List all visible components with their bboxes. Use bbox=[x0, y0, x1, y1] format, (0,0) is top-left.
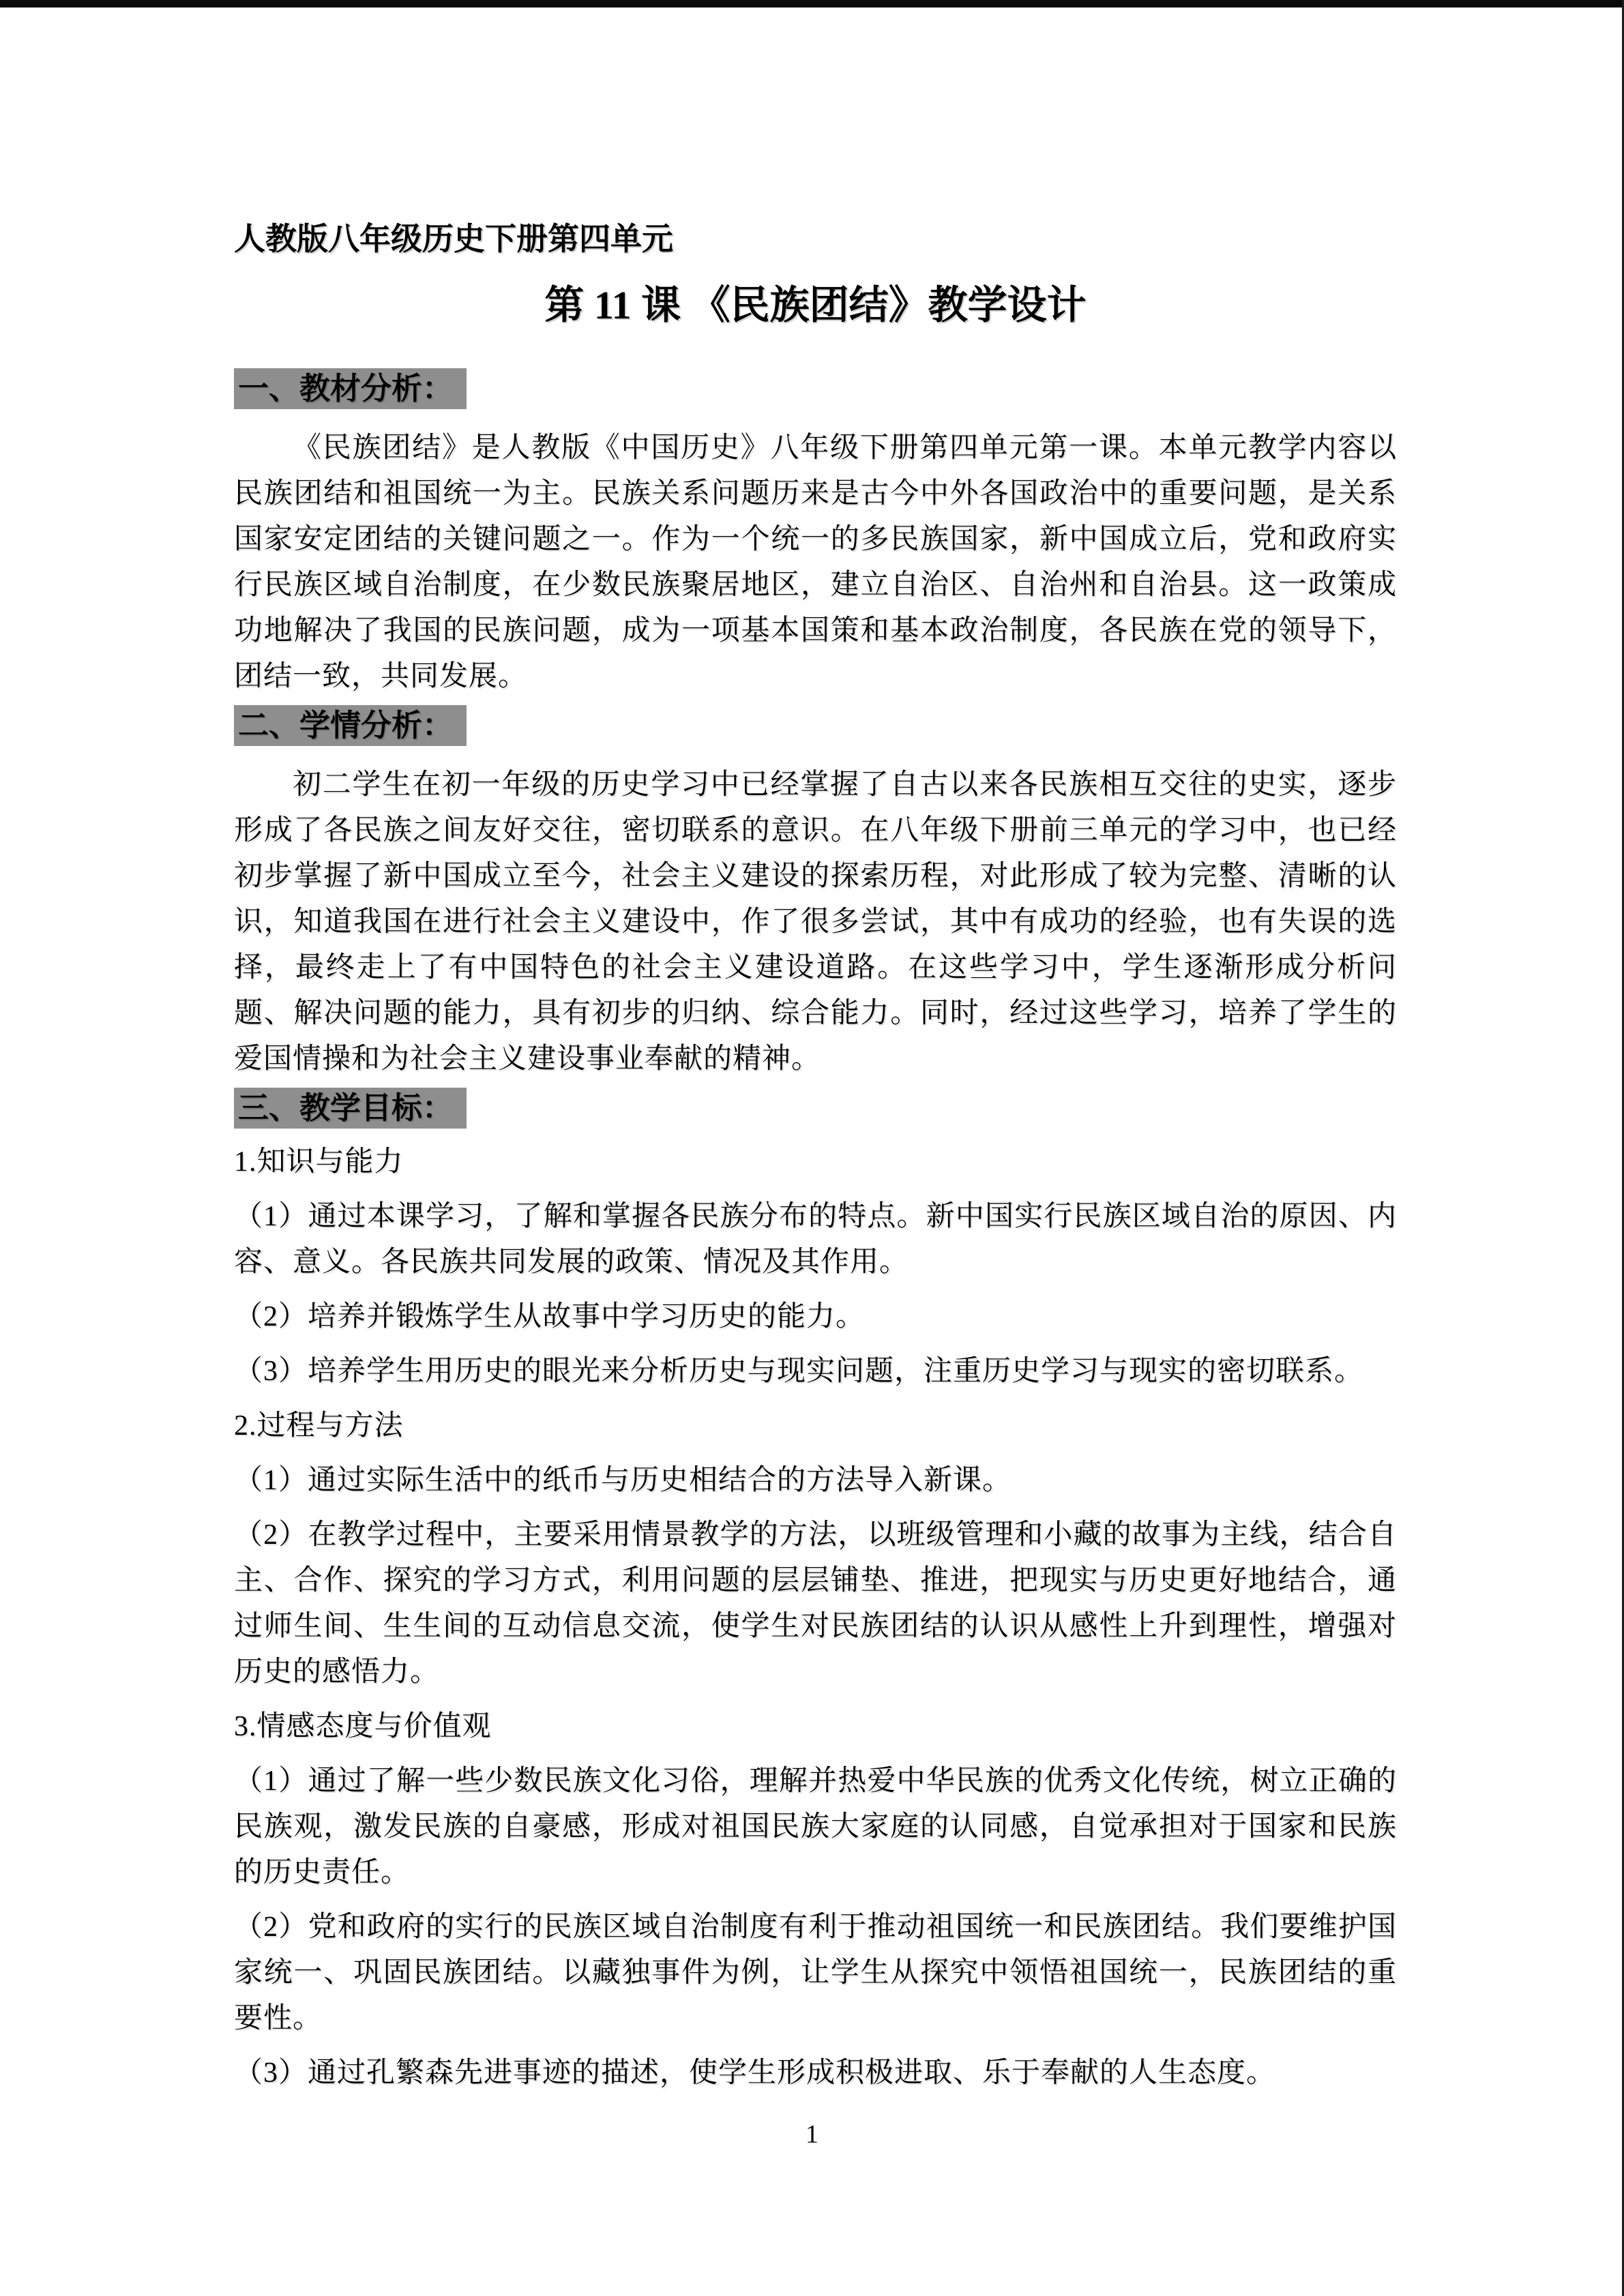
objective-item-emotion-2: （2）党和政府的实行的民族区域自治制度有利于推动祖国统一和民族团结。我们要维护国… bbox=[234, 1905, 1397, 2042]
section-heading-textbook-analysis: 一、教材分析： bbox=[234, 368, 467, 409]
document-title: 第 11 课 《民族团结》教学设计 bbox=[234, 281, 1397, 331]
objective-item-process-1: （1）通过实际生活中的纸币与历史相结合的方法导入新课。 bbox=[234, 1458, 1397, 1504]
section-1: 一、教材分析： bbox=[234, 368, 1397, 409]
document-page: 人教版八年级历史下册第四单元 第 11 课 《民族团结》教学设计 一、教材分析：… bbox=[0, 0, 1624, 2296]
learner-analysis-paragraph: 初二学生在初一年级的历史学习中已经掌握了自古以来各民族相互交往的史实，逐步形成了… bbox=[234, 762, 1397, 1082]
objective-item-knowledge-3: （3）培养学生用历史的眼光来分析历史与现实问题，注重历史学习与现实的密切联系。 bbox=[234, 1349, 1397, 1395]
objective-subheading-emotion-values: 3.情感态度与价值观 bbox=[234, 1704, 1397, 1750]
objective-item-process-2: （2）在教学过程中，主要采用情景教学的方法，以班级管理和小藏的故事为主线，结合自… bbox=[234, 1512, 1397, 1695]
section-heading-teaching-objectives: 三、教学目标： bbox=[234, 1088, 467, 1129]
objective-subheading-knowledge-ability: 1.知识与能力 bbox=[234, 1139, 1397, 1185]
objective-item-knowledge-1: （1）通过本课学习，了解和掌握各民族分布的特点。新中国实行民族区域自治的原因、内… bbox=[234, 1194, 1397, 1285]
document-content: 人教版八年级历史下册第四单元 第 11 课 《民族团结》教学设计 一、教材分析：… bbox=[234, 0, 1397, 2096]
section-2: 二、学情分析： bbox=[234, 705, 1397, 746]
page-number: 1 bbox=[0, 2119, 1624, 2151]
objective-item-emotion-1: （1）通过了解一些少数民族文化习俗，理解并热爱中华民族的优秀文化传统，树立正确的… bbox=[234, 1759, 1397, 1896]
section-heading-learner-analysis: 二、学情分析： bbox=[234, 705, 467, 746]
section-3: 三、教学目标： bbox=[234, 1088, 1397, 1129]
objective-item-knowledge-2: （2）培养并锻炼学生从故事中学习历史的能力。 bbox=[234, 1294, 1397, 1340]
textbook-analysis-paragraph: 《民族团结》是人教版《中国历史》八年级下册第四单元第一课。本单元教学内容以民族团… bbox=[234, 426, 1397, 700]
course-series-header: 人教版八年级历史下册第四单元 bbox=[234, 0, 1397, 259]
objective-subheading-process-method: 2.过程与方法 bbox=[234, 1403, 1397, 1449]
objective-item-emotion-3: （3）通过孔繁森先进事迹的描述，使学生形成积极进取、乐于奉献的人生态度。 bbox=[234, 2051, 1397, 2096]
